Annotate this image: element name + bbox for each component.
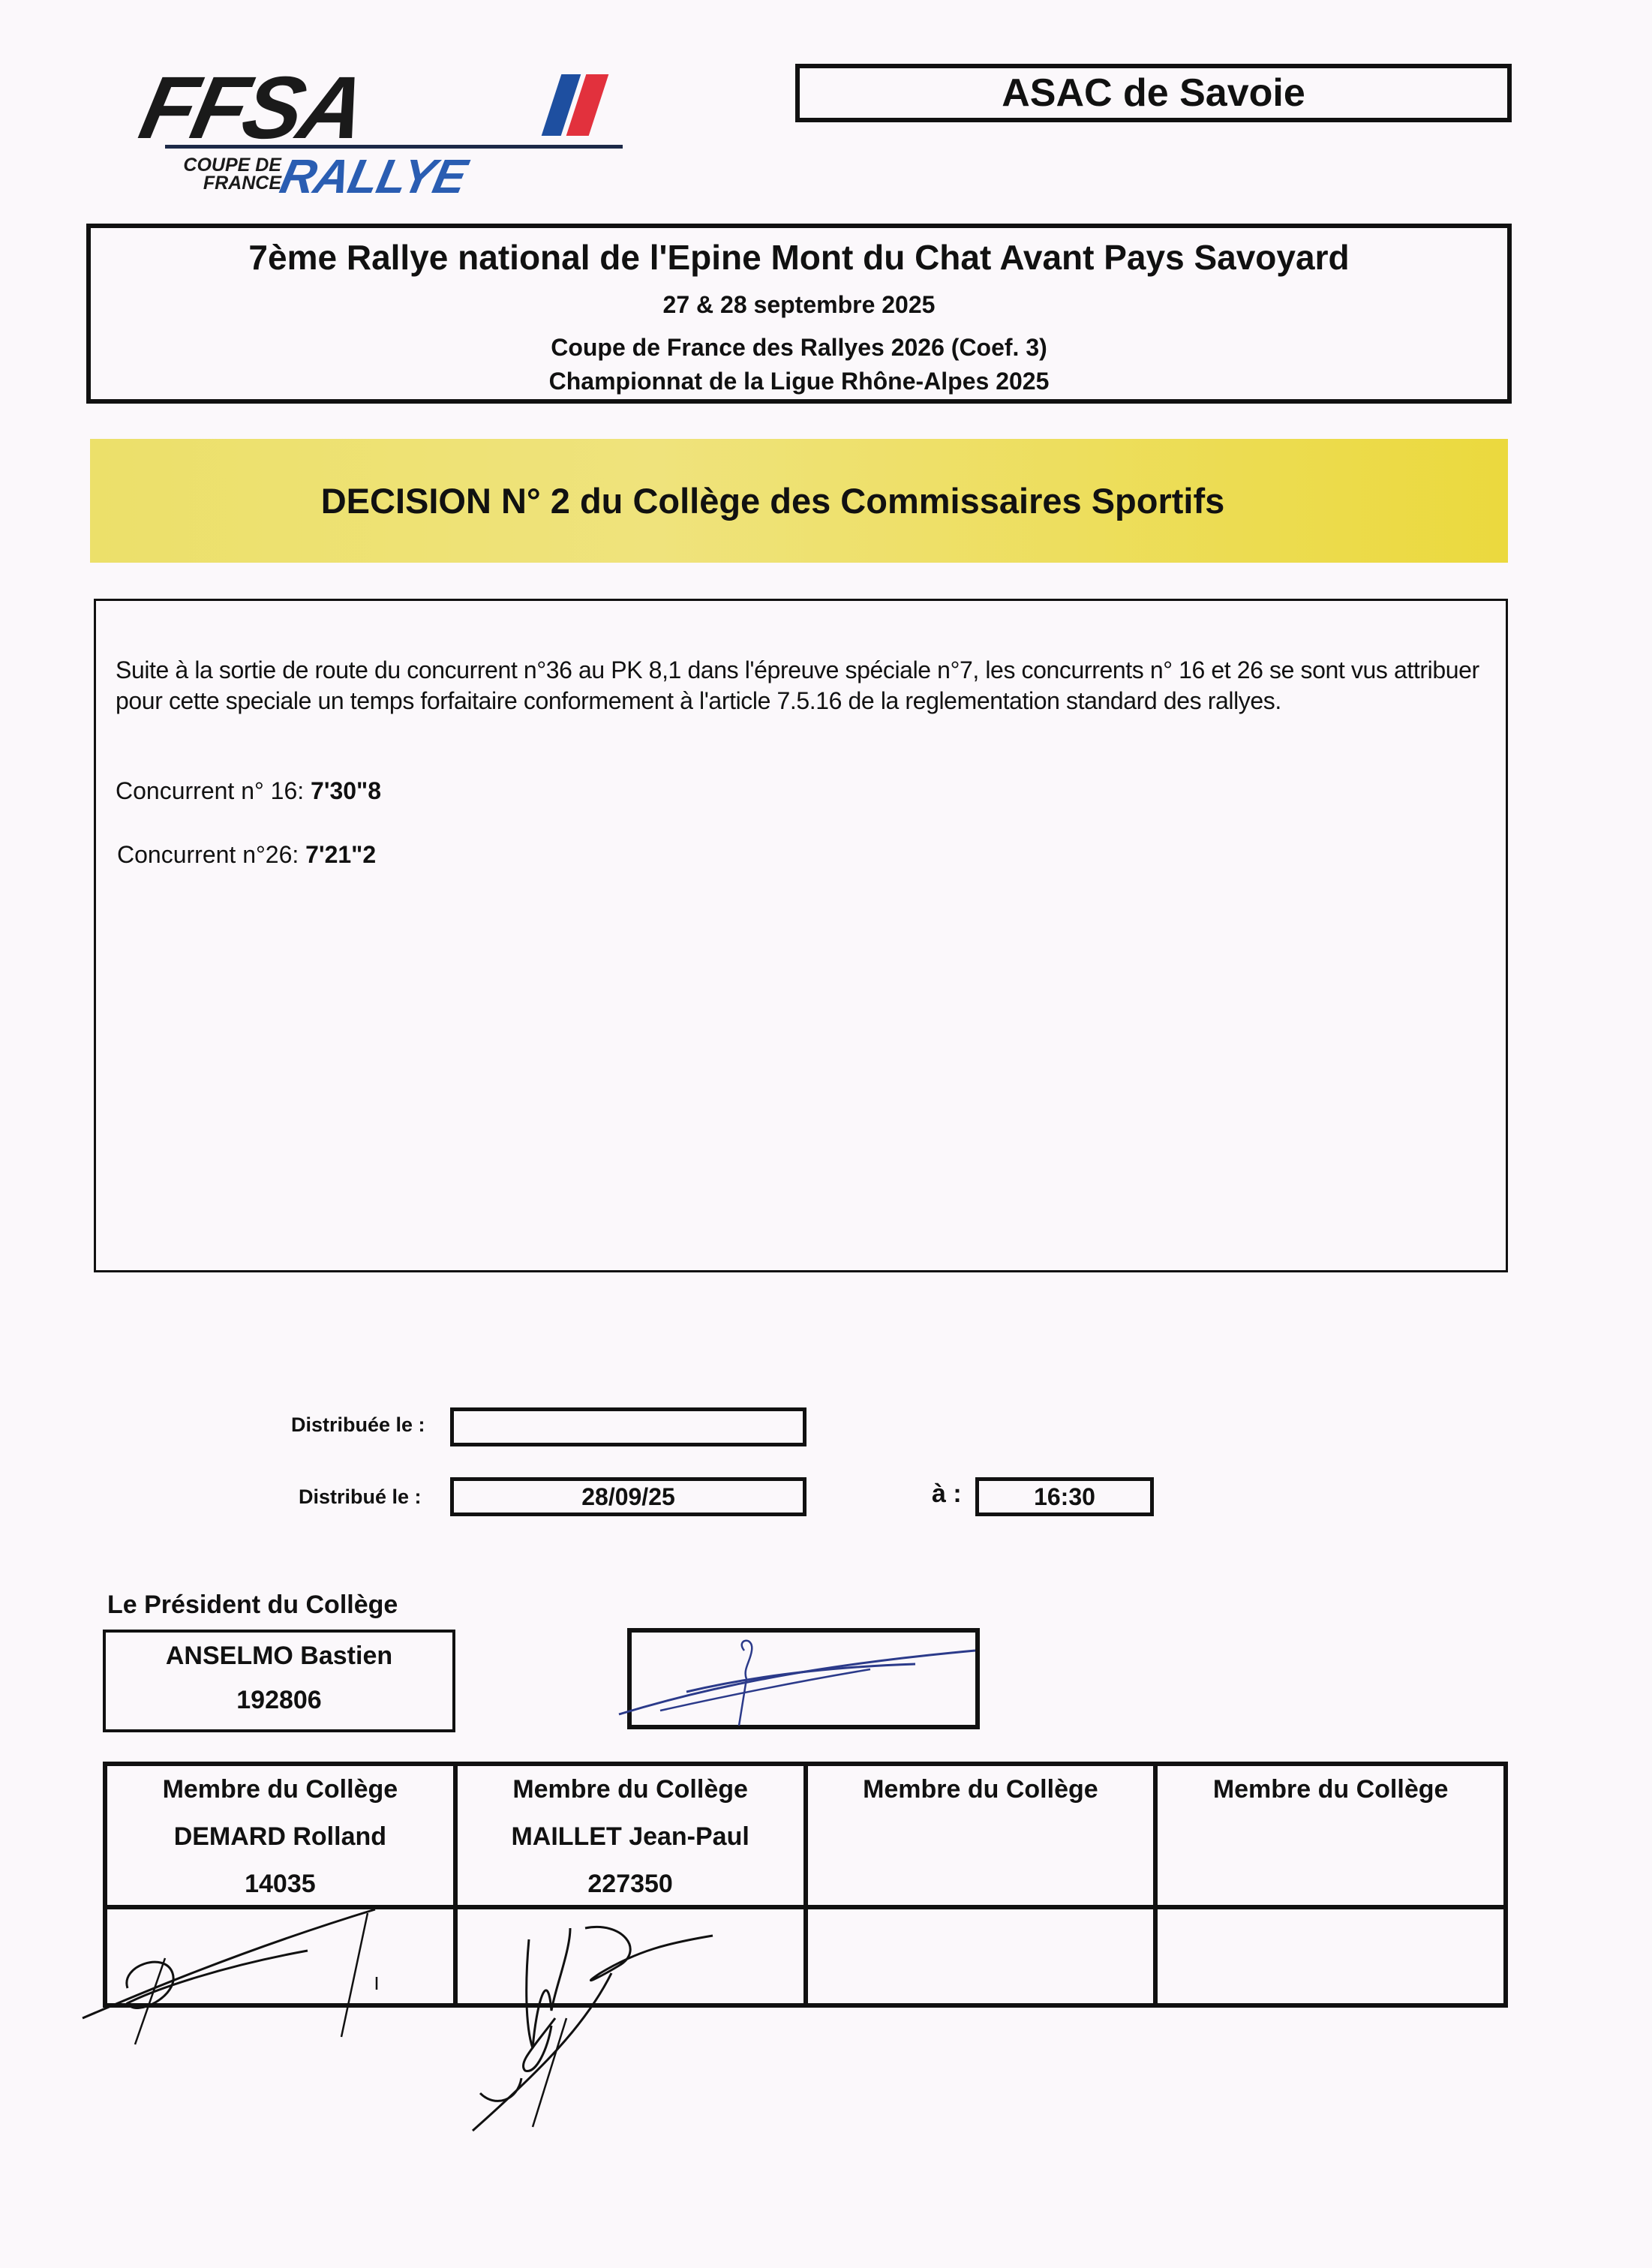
member-3-title: Membre du Collège <box>808 1775 1154 1804</box>
president-box: ANSELMO Bastien 192806 <box>103 1630 455 1732</box>
member-1-id: 14035 <box>107 1870 453 1899</box>
member-1-name: DEMARD Rolland <box>107 1822 453 1852</box>
event-cup: Coupe de France des Rallyes 2026 (Coef. … <box>91 334 1507 362</box>
member-2-id: 227350 <box>458 1870 803 1899</box>
competitor-26-time: 7'21"2 <box>305 841 376 868</box>
member-4-signature-cell <box>1155 1907 1506 2005</box>
competitor-16-line: Concurrent n° 16: 7'30"8 <box>116 777 381 805</box>
decision-body-box: Suite à la sortie de route du concurrent… <box>94 599 1508 1272</box>
competitor-26-label: Concurrent n°26: <box>117 841 305 868</box>
member-cell-4: Membre du Collège <box>1155 1764 1506 1907</box>
event-championship: Championnat de la Ligue Rhône-Alpes 2025 <box>91 368 1507 395</box>
member-cell-1: Membre du Collège DEMARD Rolland 14035 <box>105 1764 455 1907</box>
decision-text: Suite à la sortie de route du concurrent… <box>116 655 1481 716</box>
decision-title-banner: DECISION N° 2 du Collège des Commissaire… <box>90 439 1508 563</box>
president-signature <box>615 1636 990 1741</box>
organizer-box: ASAC de Savoie <box>795 64 1512 122</box>
member-1-title: Membre du Collège <box>107 1775 453 1804</box>
logo-ffsa-text: FFSA <box>133 64 371 152</box>
distribuee-label: Distribuée le : <box>291 1413 425 1437</box>
logo-france: FRANCE <box>124 175 281 193</box>
member-3-signature-cell <box>806 1907 1156 2005</box>
distribuee-field <box>450 1407 806 1446</box>
member-4-title: Membre du Collège <box>1158 1775 1503 1804</box>
distribue-date-field: 28/09/25 <box>450 1477 806 1516</box>
member-2-title: Membre du Collège <box>458 1775 803 1804</box>
president-label: Le Président du Collège <box>107 1591 398 1620</box>
president-id: 192806 <box>106 1686 452 1715</box>
competitor-26-line: Concurrent n°26: 7'21"2 <box>117 841 376 869</box>
logo-coupe-de-france: COUPE DE FRANCE <box>124 157 281 193</box>
member-cell-2: Membre du Collège MAILLET Jean-Paul 2273… <box>455 1764 806 1907</box>
event-title: 7ème Rallye national de l'Epine Mont du … <box>91 237 1507 278</box>
members-header-row: Membre du Collège DEMARD Rolland 14035 M… <box>105 1764 1506 1907</box>
member-1-signature <box>75 1906 390 2048</box>
president-name: ANSELMO Bastien <box>106 1642 452 1671</box>
competitor-16-time: 7'30"8 <box>311 777 381 804</box>
event-header-box: 7ème Rallye national de l'Epine Mont du … <box>86 224 1512 404</box>
decision-title: DECISION N° 2 du Collège des Commissaire… <box>38 439 1508 563</box>
competitor-16-label: Concurrent n° 16: <box>116 777 311 804</box>
distribue-time-field: 16:30 <box>975 1477 1154 1516</box>
event-dates: 27 & 28 septembre 2025 <box>91 291 1507 319</box>
time-label: à : <box>932 1479 962 1509</box>
member-2-signature-tail <box>510 2018 630 2138</box>
logo-rallye-text: RALLYE <box>276 152 470 200</box>
distribue-label: Distribué le : <box>299 1485 422 1509</box>
logo-rule <box>165 145 623 149</box>
ffsa-coupe-de-france-rallye-logo: FFSA COUPE DE FRANCE RALLYE <box>120 64 645 191</box>
member-cell-3: Membre du Collège <box>806 1764 1156 1907</box>
member-2-name: MAILLET Jean-Paul <box>458 1822 803 1852</box>
